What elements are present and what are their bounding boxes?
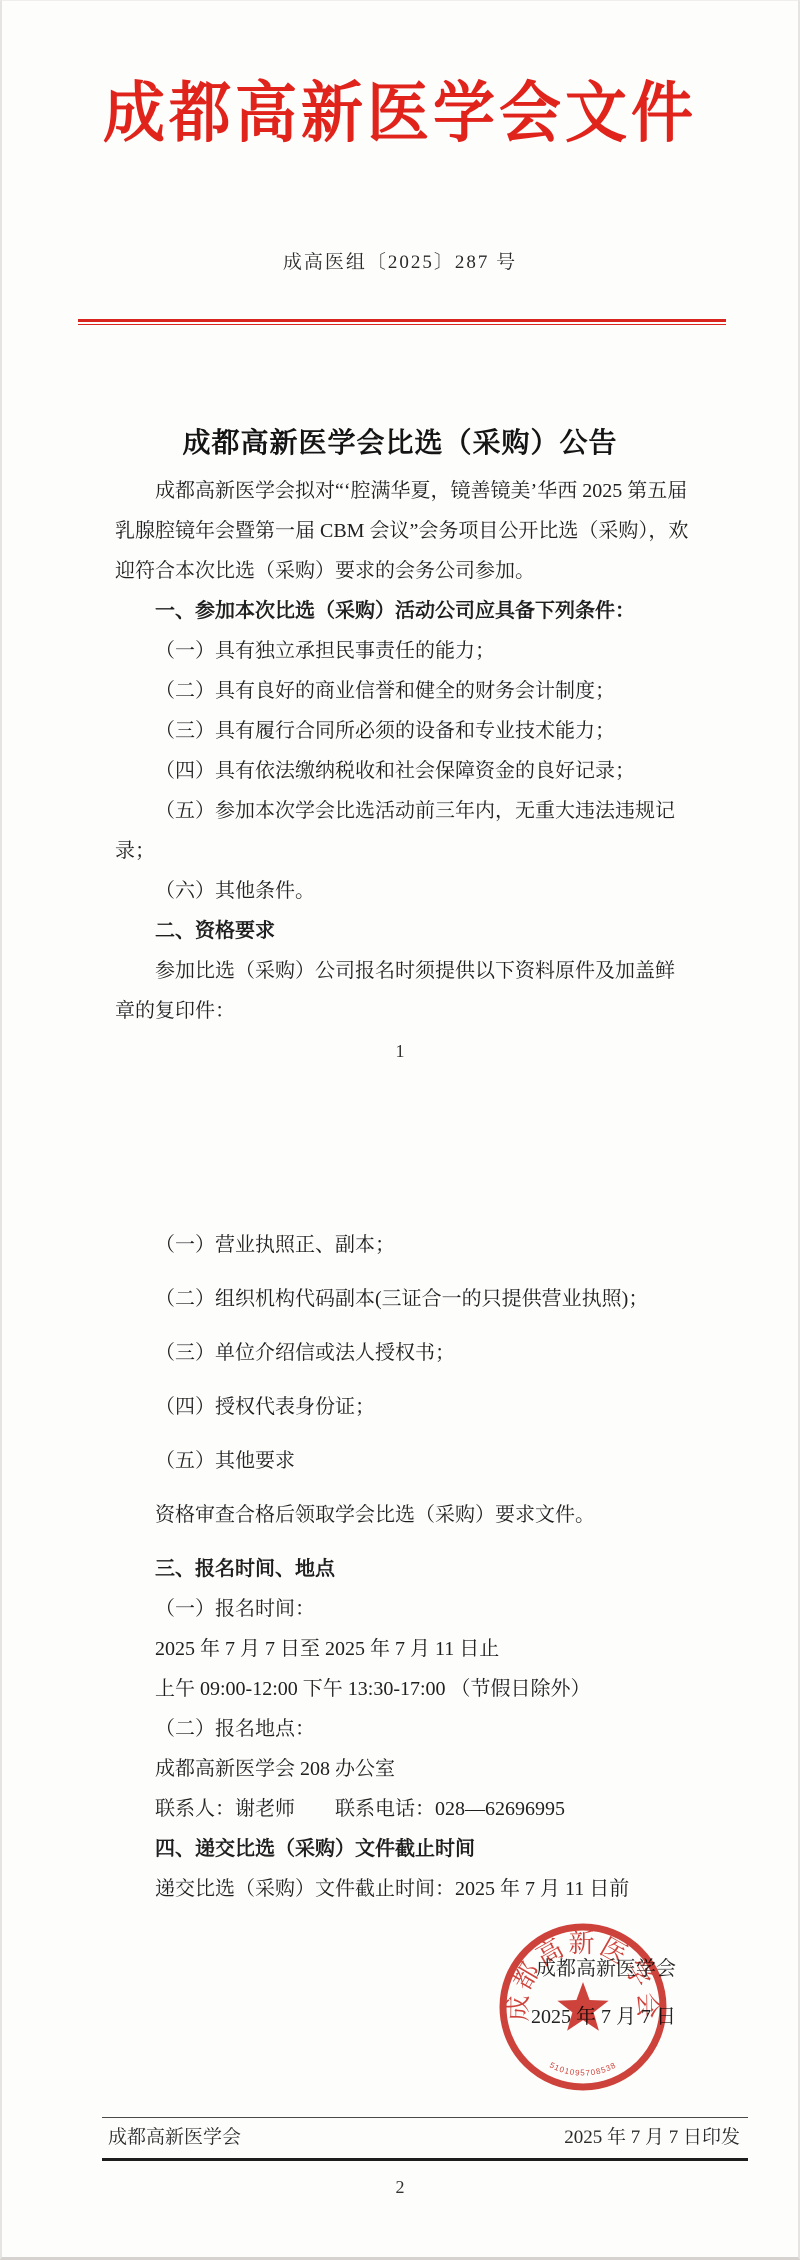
footer-issue-date: 2025 年 7 月 7 日印发 <box>564 2118 740 2158</box>
signup-place-label: （二）报名地点： <box>115 1709 691 1749</box>
material-item-1: （一）营业执照正、副本； <box>115 1225 691 1265</box>
signup-hours: 上午 09:00-12:00 下午 13:30-17:00 （节假日除外） <box>115 1669 691 1709</box>
official-seal: 成都高新医学会 5101095708538 <box>493 1917 673 2097</box>
document-page: 成都高新医学会文件 成高医组〔2025〕287 号 成都高新医学会比选（采购）公… <box>0 0 800 2260</box>
footer-issuer: 成都高新医学会 <box>108 2118 241 2158</box>
doc-number: 成高医组〔2025〕287 号 <box>2 247 798 274</box>
red-separator-thin-line <box>78 324 726 325</box>
condition-item-5: （五）参加本次学会比选活动前三年内，无重大违法违规记录； <box>115 791 691 871</box>
seal-star-icon <box>557 1982 608 2031</box>
red-separator <box>78 319 726 325</box>
seal-serial-number: 5101095708538 <box>548 2061 618 2078</box>
signup-place: 成都高新医学会 208 办公室 <box>115 1749 691 1789</box>
section-4-heading: 四、递交比选（采购）文件截止时间 <box>115 1829 691 1869</box>
section-2-heading: 二、资格要求 <box>115 911 691 951</box>
section-3-heading: 三、报名时间、地点 <box>115 1549 691 1589</box>
footer-bottom-line <box>102 2158 748 2161</box>
signup-time-label: （一）报名时间： <box>115 1589 691 1629</box>
material-item-5: （五）其他要求 <box>115 1441 691 1481</box>
qualification-intro: 参加比选（采购）公司报名时须提供以下资料原件及加盖鲜章的复印件： <box>115 951 691 1031</box>
paragraph-intro: 成都高新医学会拟对“‘腔满华夏，镜善镜美’华西 2025 第五届乳腺腔镜年会暨第… <box>115 471 691 591</box>
contact-info: 联系人：谢老师 联系电话：028—62696995 <box>115 1789 691 1829</box>
document-footer: 成都高新医学会 2025 年 7 月 7 日印发 <box>102 2117 748 2161</box>
deadline-info: 递交比选（采购）文件截止时间：2025 年 7 月 11 日前 <box>115 1869 691 1909</box>
material-item-2: （二）组织机构代码副本(三证合一的只提供营业执照)； <box>115 1279 691 1319</box>
condition-item-2: （二）具有良好的商业信誉和健全的财务会计制度； <box>115 671 691 711</box>
material-item-3: （三）单位介绍信或法人授权书； <box>115 1333 691 1373</box>
condition-item-3: （三）具有履行合同所必须的设备和专业技术能力； <box>115 711 691 751</box>
material-item-4: （四）授权代表身份证； <box>115 1387 691 1427</box>
page-number-1: 1 <box>2 1041 798 1062</box>
org-header-title: 成都高新医学会文件 <box>2 60 798 154</box>
page2-body: （一）营业执照正、副本； （二）组织机构代码副本(三证合一的只提供营业执照)； … <box>115 1225 691 1909</box>
signup-date-range: 2025 年 7 月 7 日至 2025 年 7 月 11 日止 <box>115 1629 691 1669</box>
section-1-heading: 一、参加本次比选（采购）活动公司应具备下列条件： <box>115 591 691 631</box>
red-separator-thick-line <box>78 319 726 322</box>
condition-item-1: （一）具有独立承担民事责任的能力； <box>115 631 691 671</box>
qualification-note: 资格审查合格后领取学会比选（采购）要求文件。 <box>115 1495 691 1535</box>
condition-item-6: （六）其他条件。 <box>115 871 691 911</box>
document-title: 成都高新医学会比选（采购）公告 <box>2 421 798 461</box>
page-number-2: 2 <box>2 2177 798 2198</box>
page1-body: 成都高新医学会拟对“‘腔满华夏，镜善镜美’华西 2025 第五届乳腺腔镜年会暨第… <box>115 471 691 1031</box>
condition-item-4: （四）具有依法缴纳税收和社会保障资金的良好记录； <box>115 751 691 791</box>
svg-text:5101095708538: 5101095708538 <box>548 2061 618 2078</box>
